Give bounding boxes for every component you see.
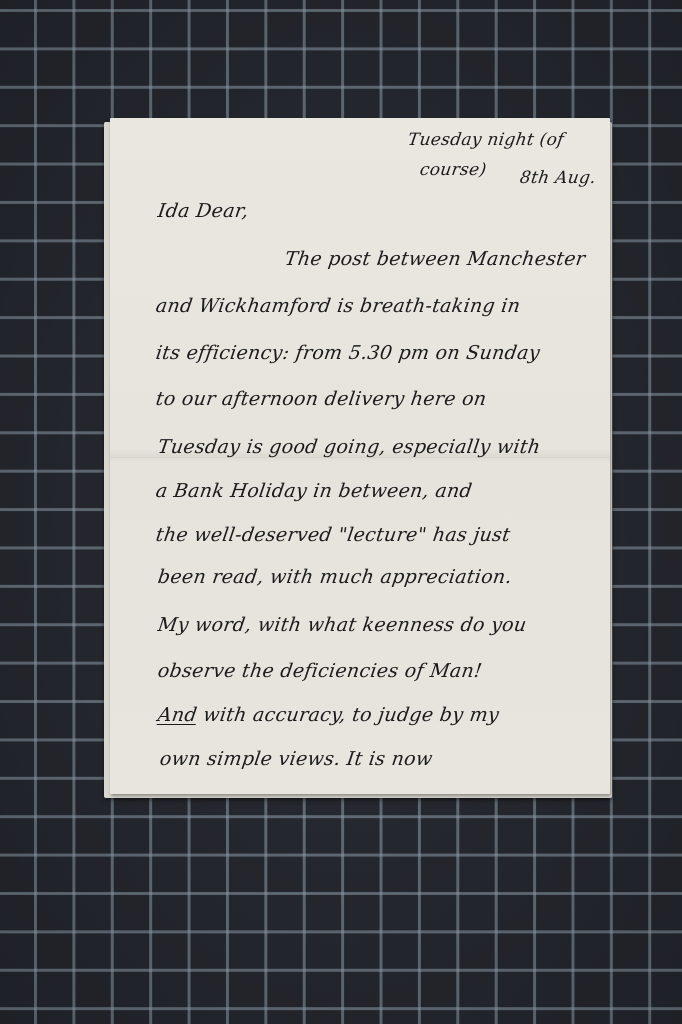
body-line-1: The post between Manchester [283,248,586,270]
body-line-4: to our afternoon delivery here on [154,388,488,410]
body-line-9: My word, with what keenness do you [156,614,528,636]
body-line-2: and Wickhamford is breath-taking in [154,295,521,317]
body-line-3: its efficiency: from 5.30 pm on Sunday [154,342,541,364]
date-heading-line1: Tuesday night (of [407,130,566,150]
date-heading-line2-right: 8th Aug. [519,168,598,188]
body-line-10: observe the deficiencies of Man! [156,660,483,682]
body-line-11: And with accuracy, to judge by my [156,704,500,726]
body-line-12: own simple views. It is now [158,748,434,770]
underlined-word: And [156,704,198,726]
salutation: Ida Dear, [156,200,250,222]
body-line-8: been read, with much appreciation. [156,566,513,588]
date-heading-line2-left: course) [419,160,488,180]
body-line-5: Tuesday is good going, especially with [156,436,542,458]
body-line-6: a Bank Holiday in between, and [154,480,473,502]
body-line-11-text: with accuracy, to judge by my [202,704,501,726]
body-line-7: the well-deserved "lecture" has just [154,524,511,546]
